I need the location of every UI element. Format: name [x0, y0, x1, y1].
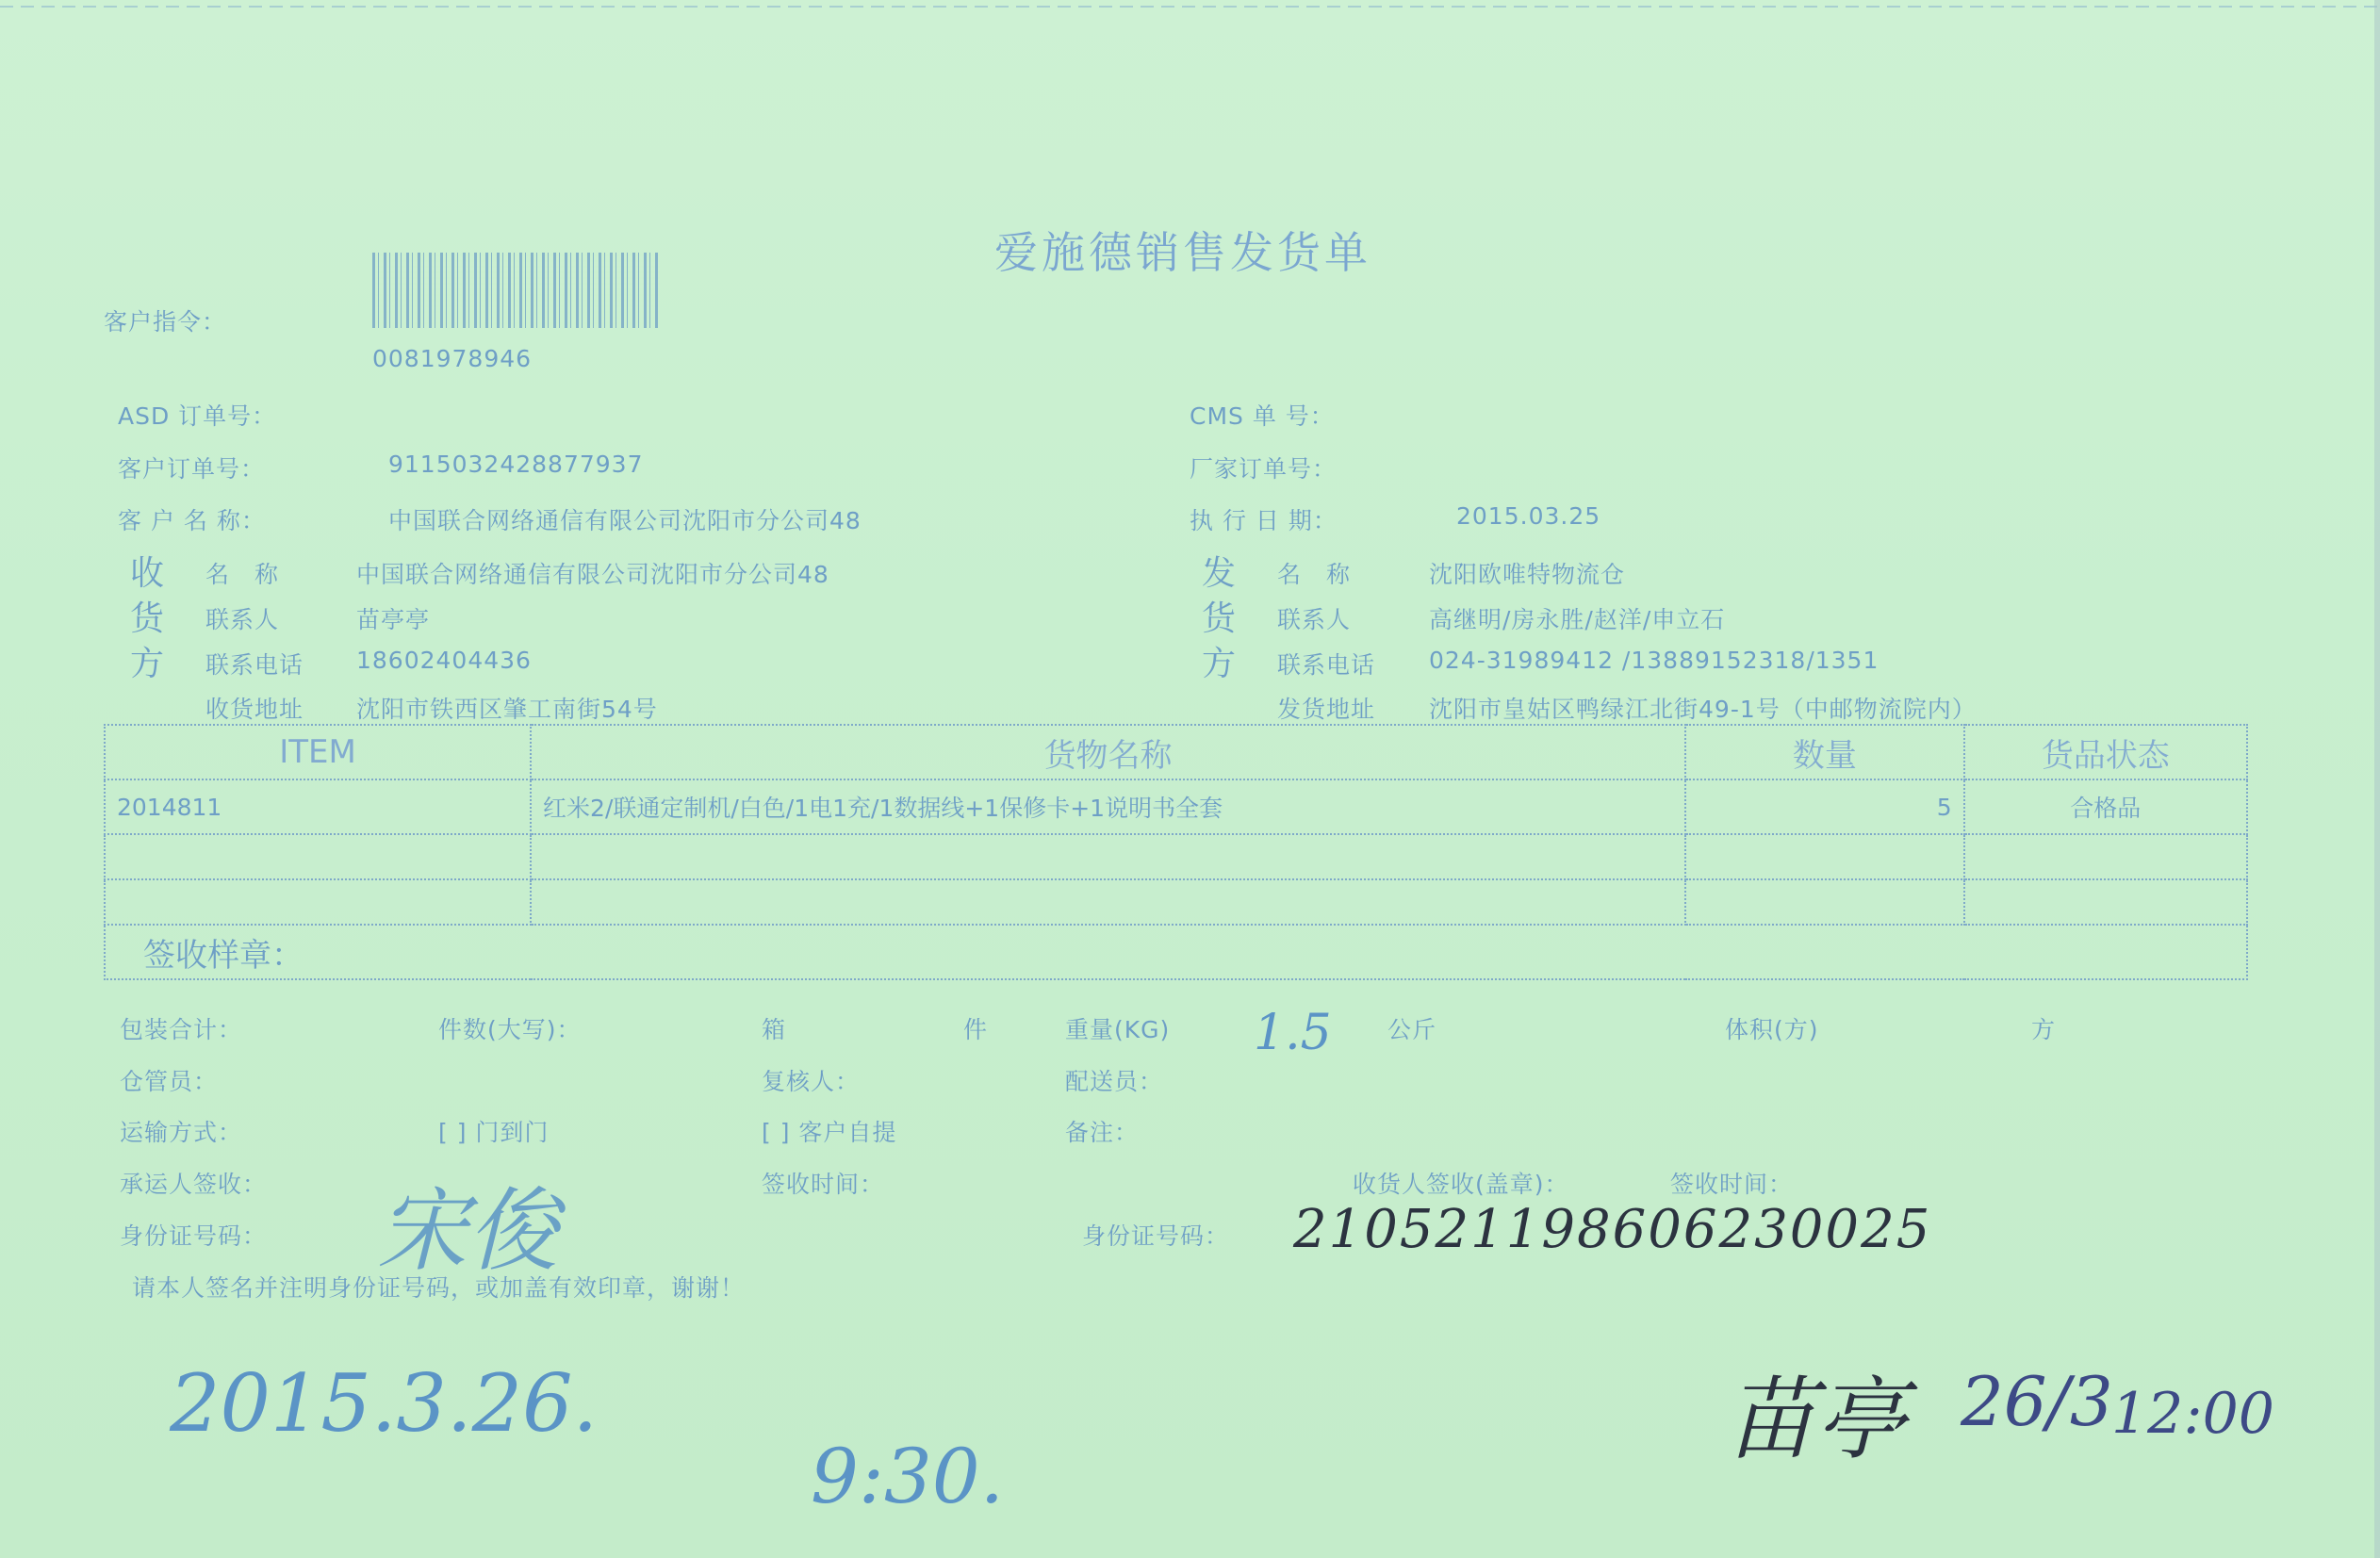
- transport-label: 运输方式：: [120, 1114, 242, 1148]
- receiver-side-label-1: 收: [130, 547, 164, 595]
- stamp-row: 签收样章：: [105, 925, 2247, 979]
- barcode-icon: [372, 253, 660, 328]
- sender-name-label: 名 称: [1277, 556, 1351, 590]
- carrier-sign-time-label: 签收时间：: [762, 1166, 884, 1200]
- sender-address-value: 沈阳市皇姑区鸭绿江北街49-1号（中邮物流院内）: [1429, 691, 1977, 725]
- receiver-contact-label: 联系人: [205, 601, 279, 635]
- receiver-side-label-2: 货: [130, 592, 164, 640]
- sender-contact-label: 联系人: [1277, 601, 1351, 635]
- sender-side-label-3: 方: [1202, 637, 1236, 685]
- weight-label: 重量(KG): [1065, 1011, 1170, 1045]
- row-item: [105, 879, 531, 925]
- consignee-id-label: 身份证号码：: [1082, 1218, 1229, 1252]
- customer-instruction-label: 客户指令：: [104, 303, 226, 337]
- remark-label: 备注：: [1065, 1114, 1139, 1148]
- column-header-item: ITEM: [105, 725, 531, 779]
- kg-unit-label: 公斤: [1387, 1011, 1436, 1045]
- receiver-side-label-3: 方: [130, 637, 164, 685]
- sender-name-value: 沈阳欧唯特物流仓: [1429, 556, 1625, 590]
- receiver-phone-value: 18602404436: [356, 647, 532, 674]
- carrier-id-label: 身份证号码：: [120, 1218, 267, 1252]
- receiver-phone-label: 联系电话: [205, 647, 304, 681]
- row-quantity: [1685, 834, 1964, 879]
- sender-phone-value: 024-31989412 /13889152318/1351: [1429, 647, 1879, 674]
- asd-order-label: ASD 订单号：: [118, 398, 276, 432]
- column-header-quantity: 数量: [1685, 725, 1964, 779]
- stamp-label: 签收样章：: [105, 925, 2247, 979]
- weight-handwritten: 1.5: [1254, 1005, 1332, 1061]
- goods-table-header: ITEM 货物名称 数量 货品状态: [105, 725, 2247, 779]
- vendor-order-label: 厂家订单号：: [1190, 451, 1337, 484]
- sender-side-label-1: 发: [1202, 547, 1236, 595]
- receiver-name-label: 名 称: [205, 556, 279, 590]
- volume-label: 体积(方): [1725, 1011, 1819, 1045]
- door-to-door-checkbox[interactable]: [ ] 门到门: [438, 1114, 549, 1148]
- table-row: 2014811 红米2/联通定制机/白色/1电1充/1数据线+1保修卡+1说明书…: [105, 779, 2247, 834]
- handwritten-time-left: 9:30.: [811, 1433, 1004, 1520]
- deliverer-label: 配送员：: [1065, 1063, 1163, 1097]
- row-quantity: 5: [1685, 779, 1964, 834]
- carrier-sign-label: 承运人签收：: [120, 1166, 267, 1200]
- row-item: [105, 834, 531, 879]
- column-header-goods-name: 货物名称: [531, 725, 1685, 779]
- receiver-contact-value: 苗亭亭: [356, 601, 430, 635]
- receiver-address-label: 收货地址: [205, 691, 304, 725]
- goods-table: ITEM 货物名称 数量 货品状态 2014811 红米2/联通定制机/白色/1…: [104, 724, 2248, 980]
- customer-name-label: 客 户 名 称：: [118, 502, 266, 536]
- consignee-id-handwritten: 210521198606230025: [1293, 1199, 1931, 1260]
- warehouse-keeper-label: 仓管员：: [120, 1063, 218, 1097]
- barcode-number: 0081978946: [372, 345, 532, 372]
- row-goods-name: [531, 879, 1685, 925]
- document-title: 爱施德销售发货单: [994, 219, 1371, 281]
- handwritten-signature-right: 苗亭: [1725, 1348, 1906, 1477]
- sender-side-label-2: 货: [1202, 592, 1236, 640]
- row-goods-name: [531, 834, 1685, 879]
- customer-name-value: 中国联合网络通信有限公司沈阳市分公司48: [388, 502, 862, 536]
- sender-address-label: 发货地址: [1277, 691, 1375, 725]
- volume-unit-label: 方: [2031, 1011, 2056, 1045]
- column-header-status: 货品状态: [1964, 725, 2247, 779]
- row-status: 合格品: [1964, 779, 2247, 834]
- cms-order-label: CMS 单 号：: [1190, 398, 1335, 432]
- exec-date-value: 2015.03.25: [1456, 502, 1600, 530]
- delivery-note-paper: 爱施德销售发货单 客户指令： 0081978946 ASD 订单号： 客户订单号…: [0, 0, 2380, 1558]
- sender-phone-label: 联系电话: [1277, 647, 1375, 681]
- signature-notice: 请本人签名并注明身份证号码，或加盖有效印章，谢谢！: [132, 1270, 745, 1304]
- sender-contact-value: 高继明/房永胜/赵洋/申立石: [1429, 601, 1725, 635]
- row-goods-name: 红米2/联通定制机/白色/1电1充/1数据线+1保修卡+1说明书全套: [531, 779, 1685, 834]
- consignee-sign-label: 收货人签收(盖章)：: [1353, 1166, 1569, 1200]
- table-row: [105, 834, 2247, 879]
- reviewer-label: 复核人：: [762, 1063, 860, 1097]
- table-row: [105, 879, 2247, 925]
- self-pickup-checkbox[interactable]: [ ] 客户自提: [762, 1114, 896, 1148]
- customer-order-value: 9115032428877937: [388, 451, 644, 478]
- receiver-name-value: 中国联合网络通信有限公司沈阳市分公司48: [356, 556, 829, 590]
- receiver-address-value: 沈阳市铁西区肇工南街54号: [356, 691, 658, 725]
- consignee-sign-time-label: 签收时间：: [1670, 1166, 1793, 1200]
- piece-unit-label: 件: [963, 1011, 988, 1045]
- row-item: 2014811: [105, 779, 531, 834]
- exec-date-label: 执 行 日 期：: [1190, 502, 1338, 536]
- row-status: [1964, 834, 2247, 879]
- handwritten-time-right: 12:00: [2111, 1381, 2274, 1447]
- handwritten-date-right: 26/3: [1961, 1362, 2113, 1441]
- handwritten-date-left: 2015.3.26.: [170, 1357, 598, 1450]
- box-label: 箱: [762, 1011, 786, 1045]
- customer-order-label: 客户订单号：: [118, 451, 265, 484]
- pieces-label: 件数(大写)：: [438, 1011, 582, 1045]
- package-total-label: 包装合计：: [120, 1011, 242, 1045]
- row-status: [1964, 879, 2247, 925]
- row-quantity: [1685, 879, 1964, 925]
